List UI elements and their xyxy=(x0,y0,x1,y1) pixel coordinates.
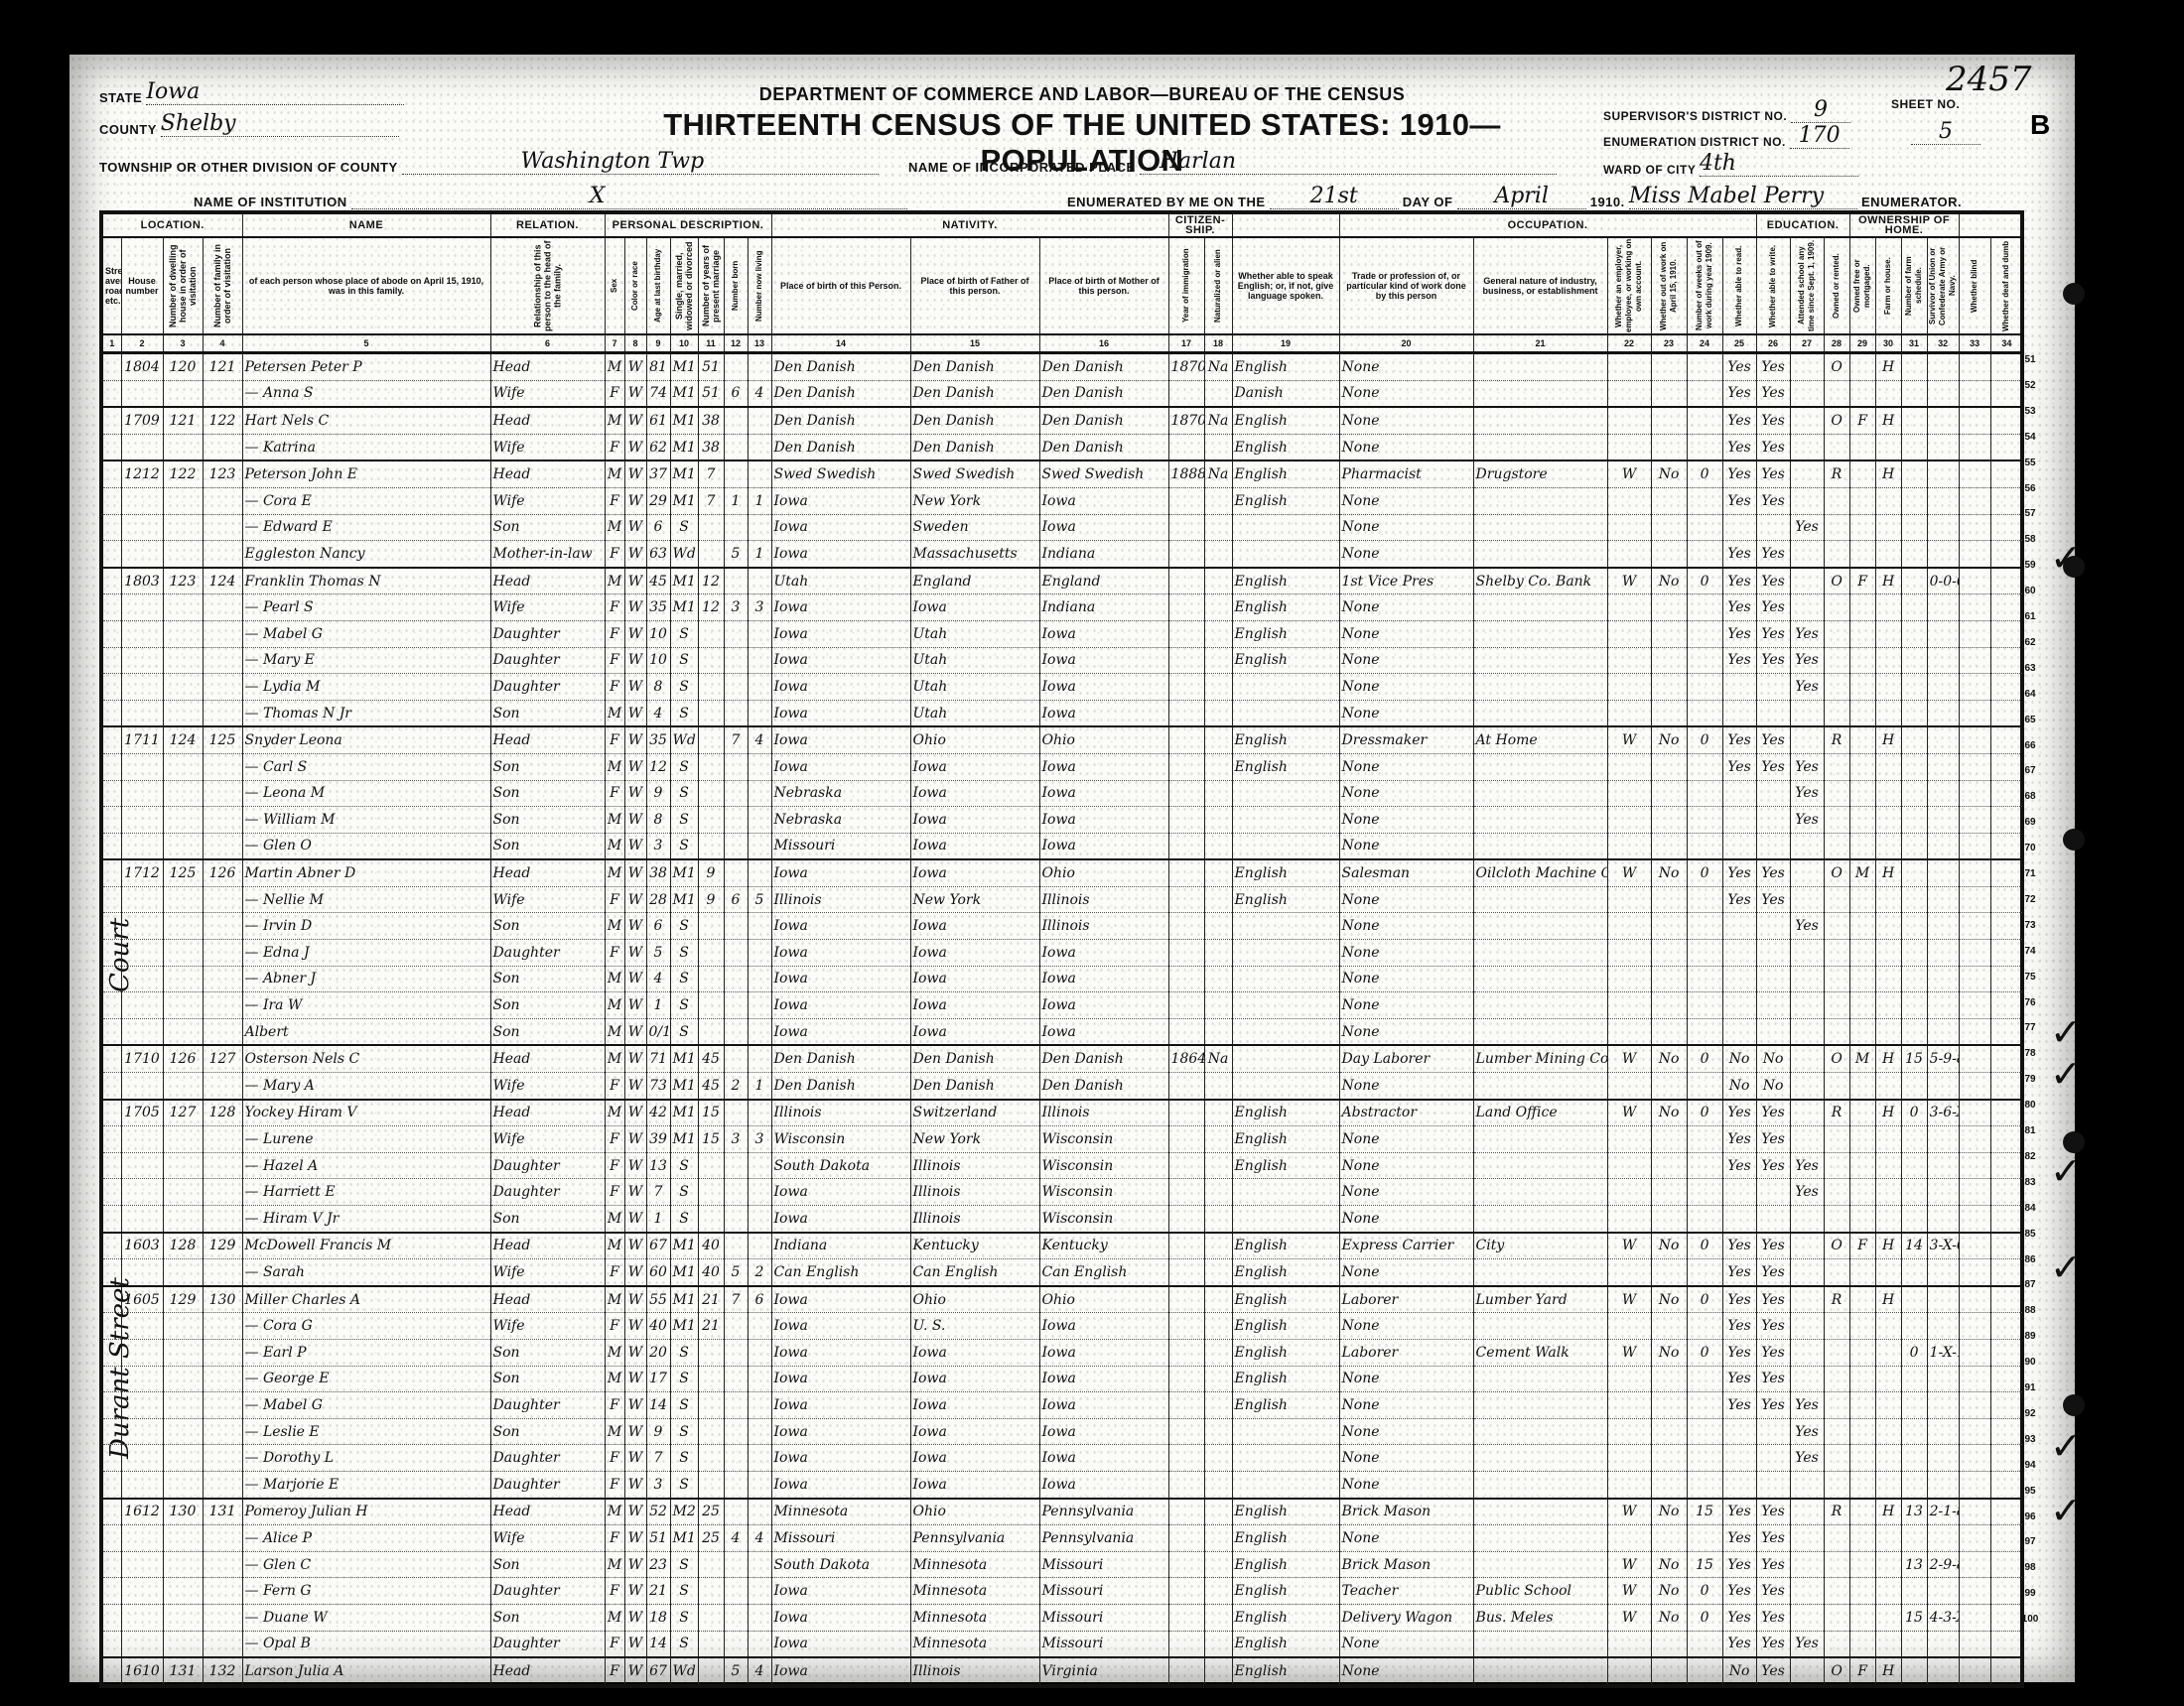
sex: M xyxy=(605,700,624,726)
employment-class: W xyxy=(1607,460,1651,487)
house-number xyxy=(121,833,163,859)
children-born xyxy=(724,1604,748,1631)
birthplace: Iowa xyxy=(771,1578,910,1605)
years-married: 25 xyxy=(698,1499,724,1525)
table-row: — Abner JSonMW4SIowaIowaIowaNone xyxy=(101,966,2022,992)
farm-schedule xyxy=(1901,1631,1927,1657)
house-number xyxy=(121,1631,163,1657)
dwelling-number xyxy=(163,807,203,834)
mother-birthplace: Swed Swedish xyxy=(1039,460,1168,487)
birthplace: Swed Swedish xyxy=(771,460,910,487)
race: W xyxy=(624,992,646,1019)
farm-schedule xyxy=(1901,647,1927,674)
employment-class xyxy=(1607,1073,1651,1100)
line-number: 72 xyxy=(2015,894,2045,905)
marital-status: S xyxy=(670,1206,698,1233)
weeks-unemployed: 0 xyxy=(1687,859,1722,886)
birthplace: Den Danish xyxy=(771,380,910,407)
immigration-year xyxy=(1168,1525,1204,1552)
can-read xyxy=(1722,1471,1756,1498)
children-born xyxy=(724,674,748,701)
naturalization xyxy=(1204,1551,1232,1578)
family-number xyxy=(203,780,242,807)
immigration-year xyxy=(1168,620,1204,647)
veteran-extra: 0-0-0-X xyxy=(1927,568,1959,594)
marital-status: M1 xyxy=(670,1126,698,1153)
employment-class xyxy=(1607,1366,1651,1392)
owned-rented xyxy=(1824,992,1849,1019)
farm-house: H xyxy=(1875,1100,1901,1126)
mother-birthplace: Iowa xyxy=(1039,487,1168,514)
farm-house xyxy=(1875,620,1901,647)
empty-cell xyxy=(1990,1657,2022,1686)
race: W xyxy=(624,674,646,701)
occupation-industry xyxy=(1473,1551,1607,1578)
veteran-extra xyxy=(1927,460,1959,487)
can-read: Yes xyxy=(1722,1525,1756,1552)
veteran-extra xyxy=(1927,434,1959,460)
father-birthplace: Illinois xyxy=(910,1657,1039,1686)
father-birthplace: Can English xyxy=(910,1259,1039,1286)
years-married xyxy=(698,700,724,726)
weeks-unemployed xyxy=(1687,966,1722,992)
family-number xyxy=(203,753,242,780)
dwelling-number xyxy=(163,1631,203,1657)
father-birthplace: Utah xyxy=(910,674,1039,701)
group-language xyxy=(1232,212,1339,237)
marital-status: S xyxy=(670,1339,698,1366)
employment-class xyxy=(1607,1445,1651,1472)
owned-rented xyxy=(1824,1604,1849,1631)
free-mortgaged xyxy=(1849,780,1875,807)
table-row: — Fern GDaughterFW21SIowaMinnesotaMissou… xyxy=(101,1578,2022,1605)
owned-rented xyxy=(1824,1339,1849,1366)
house-number xyxy=(121,1604,163,1631)
immigration-year xyxy=(1168,1499,1204,1525)
line-number: 99 xyxy=(2015,1588,2045,1599)
out-of-work xyxy=(1651,1126,1687,1153)
weeks-unemployed xyxy=(1687,1152,1722,1179)
marital-status: S xyxy=(670,620,698,647)
supervisor-district-value: 9 xyxy=(1791,97,1850,123)
table-row: — Hazel ADaughterFW13SSouth DakotaIllino… xyxy=(101,1152,2022,1179)
mother-birthplace: Ohio xyxy=(1039,726,1168,753)
occupation-trade: None xyxy=(1339,1418,1473,1445)
can-read: Yes xyxy=(1722,647,1756,674)
census-table: LOCATION. NAME RELATION. PERSONAL DESCRI… xyxy=(99,210,2024,1688)
weeks-unemployed xyxy=(1687,1392,1722,1419)
occupation-trade: None xyxy=(1339,1631,1473,1657)
naturalization xyxy=(1204,1126,1232,1153)
family-number xyxy=(203,966,242,992)
occupation-trade: None xyxy=(1339,1525,1473,1552)
veteran-extra xyxy=(1927,620,1959,647)
column-number: 20 xyxy=(1339,334,1473,353)
mother-birthplace: Illinois xyxy=(1039,1100,1168,1126)
occupation-industry xyxy=(1473,700,1607,726)
dwelling-number: 124 xyxy=(163,726,203,753)
occupation-industry xyxy=(1473,487,1607,514)
relation: Daughter xyxy=(490,1445,605,1472)
occupation-trade: Brick Mason xyxy=(1339,1551,1473,1578)
children-living xyxy=(748,1366,771,1392)
relation: Son xyxy=(490,1339,605,1366)
table-row: — Glen CSonMW23SSouth DakotaMinnesotaMis… xyxy=(101,1551,2022,1578)
employment-class xyxy=(1607,674,1651,701)
children-living: 2 xyxy=(748,1259,771,1286)
table-row: — Glen OSonMW3SMissouriIowaIowaNone xyxy=(101,833,2022,859)
empty-cell xyxy=(1959,1073,1990,1100)
dwelling-number xyxy=(163,674,203,701)
mother-birthplace: Iowa xyxy=(1039,620,1168,647)
marital-status: M1 xyxy=(670,1100,698,1126)
can-read: Yes xyxy=(1722,1392,1756,1419)
table-row: AlbertSonMW0/12SIowaIowaIowaNone xyxy=(101,1018,2022,1045)
occupation-trade: None xyxy=(1339,1313,1473,1340)
children-born xyxy=(724,1471,748,1498)
years-married: 12 xyxy=(698,594,724,621)
employment-class xyxy=(1607,647,1651,674)
farm-schedule: 15 xyxy=(1901,1045,1927,1072)
sheet-no-value: 5 xyxy=(1911,119,1980,145)
person-name: — Edna J xyxy=(242,940,490,967)
dwelling-number xyxy=(163,594,203,621)
veteran-extra: 3-6-X xyxy=(1927,1100,1959,1126)
birthplace: Missouri xyxy=(771,833,910,859)
sex: F xyxy=(605,380,624,407)
empty-cell xyxy=(101,1392,121,1419)
free-mortgaged xyxy=(1849,594,1875,621)
naturalization xyxy=(1204,966,1232,992)
empty-cell xyxy=(101,1525,121,1552)
free-mortgaged xyxy=(1849,966,1875,992)
empty-cell xyxy=(1959,1179,1990,1206)
owned-rented: R xyxy=(1824,1286,1849,1313)
column-header-row: Street, avenue, road, etc.House numberNu… xyxy=(101,237,2022,334)
occupation-trade: None xyxy=(1339,1126,1473,1153)
can-read: Yes xyxy=(1722,620,1756,647)
sex: M xyxy=(605,807,624,834)
years-married xyxy=(698,1445,724,1472)
farm-schedule xyxy=(1901,886,1927,913)
years-married: 40 xyxy=(698,1233,724,1259)
table-row: — Leslie ESonMW9SIowaIowaIowaNoneYes xyxy=(101,1418,2022,1445)
age: 1 xyxy=(646,1206,670,1233)
house-number xyxy=(121,1445,163,1472)
empty-cell xyxy=(101,753,121,780)
owned-rented xyxy=(1824,541,1849,568)
column-header: Number of family in order of visitation xyxy=(203,237,242,334)
occupation-industry xyxy=(1473,1073,1607,1100)
tally-check-icon: ✓ xyxy=(2050,1149,2082,1193)
table-row: — KatrinaWifeFW62M138Den DanishDen Danis… xyxy=(101,434,2022,460)
table-row: 1712125126Martin Abner DHeadMW38M19IowaI… xyxy=(101,859,2022,886)
empty-cell xyxy=(101,460,121,487)
mother-birthplace: Iowa xyxy=(1039,1018,1168,1045)
family-number xyxy=(203,1366,242,1392)
family-number xyxy=(203,1604,242,1631)
column-number: 12 xyxy=(724,334,748,353)
can-write: Yes xyxy=(1756,647,1790,674)
out-of-work xyxy=(1651,1445,1687,1472)
children-living xyxy=(748,1418,771,1445)
occupation-trade: None xyxy=(1339,913,1473,940)
naturalization xyxy=(1204,1392,1232,1419)
children-living xyxy=(748,753,771,780)
family-number: 124 xyxy=(203,568,242,594)
owned-rented: O xyxy=(1824,407,1849,434)
marital-status: S xyxy=(670,1551,698,1578)
age: 55 xyxy=(646,1286,670,1313)
birthplace: Iowa xyxy=(771,1286,910,1313)
farm-house: H xyxy=(1875,1657,1901,1686)
children-living: 4 xyxy=(748,1657,771,1686)
empty-cell xyxy=(1959,1657,1990,1686)
father-birthplace: England xyxy=(910,568,1039,594)
weeks-unemployed: 0 xyxy=(1687,1604,1722,1631)
employment-class xyxy=(1607,1313,1651,1340)
family-number xyxy=(203,594,242,621)
house-number xyxy=(121,674,163,701)
attended-school xyxy=(1790,487,1824,514)
can-read xyxy=(1722,1179,1756,1206)
children-born: 5 xyxy=(724,541,748,568)
children-living xyxy=(748,1445,771,1472)
sex: F xyxy=(605,1525,624,1552)
race: W xyxy=(624,1100,646,1126)
farm-house xyxy=(1875,992,1901,1019)
age: 63 xyxy=(646,541,670,568)
children-living xyxy=(748,568,771,594)
children-living xyxy=(748,940,771,967)
mother-birthplace: Virginia xyxy=(1039,1657,1168,1686)
years-married xyxy=(698,992,724,1019)
father-birthplace: Pennsylvania xyxy=(910,1525,1039,1552)
naturalization xyxy=(1204,886,1232,913)
naturalization xyxy=(1204,1100,1232,1126)
years-married xyxy=(698,620,724,647)
relation: Son xyxy=(490,780,605,807)
weeks-unemployed xyxy=(1687,1126,1722,1153)
empty-cell xyxy=(1959,1418,1990,1445)
years-married xyxy=(698,1179,724,1206)
race: W xyxy=(624,1366,646,1392)
owned-rented xyxy=(1824,1525,1849,1552)
occupation-trade: None xyxy=(1339,1179,1473,1206)
out-of-work xyxy=(1651,1392,1687,1419)
table-row: 1711124125Snyder LeonaHeadFW35Wd74IowaOh… xyxy=(101,726,2022,753)
mother-birthplace: Iowa xyxy=(1039,992,1168,1019)
father-birthplace: Iowa xyxy=(910,1445,1039,1472)
race: W xyxy=(624,780,646,807)
weeks-unemployed: 15 xyxy=(1687,1551,1722,1578)
empty-cell xyxy=(101,1179,121,1206)
person-name: — Irvin D xyxy=(242,913,490,940)
empty-cell xyxy=(1959,992,1990,1019)
naturalization xyxy=(1204,700,1232,726)
age: 6 xyxy=(646,514,670,541)
owned-rented xyxy=(1824,674,1849,701)
race: W xyxy=(624,886,646,913)
person-name: — George E xyxy=(242,1366,490,1392)
empty-cell xyxy=(101,434,121,460)
employment-class: W xyxy=(1607,1499,1651,1525)
can-write xyxy=(1756,833,1790,859)
out-of-work xyxy=(1651,1525,1687,1552)
immigration-year xyxy=(1168,380,1204,407)
mother-birthplace: Pennsylvania xyxy=(1039,1525,1168,1552)
free-mortgaged xyxy=(1849,1631,1875,1657)
can-write: Yes xyxy=(1756,1259,1790,1286)
column-header: Whether able to read. xyxy=(1722,237,1756,334)
can-write xyxy=(1756,780,1790,807)
tally-check-icon: ✓ xyxy=(2050,1010,2082,1054)
race: W xyxy=(624,434,646,460)
farm-house xyxy=(1875,807,1901,834)
dwelling-number: 122 xyxy=(163,460,203,487)
column-number: 16 xyxy=(1039,334,1168,353)
person-name: — Mabel G xyxy=(242,620,490,647)
empty-cell xyxy=(101,913,121,940)
immigration-year xyxy=(1168,940,1204,967)
birthplace: Missouri xyxy=(771,1525,910,1552)
attended-school xyxy=(1790,1100,1824,1126)
can-write: Yes xyxy=(1756,1604,1790,1631)
family-number xyxy=(203,1018,242,1045)
marital-status: S xyxy=(670,514,698,541)
employment-class xyxy=(1607,594,1651,621)
dwelling-number xyxy=(163,541,203,568)
family-number xyxy=(203,1578,242,1605)
marital-status: M1 xyxy=(670,460,698,487)
can-read: No xyxy=(1722,1657,1756,1686)
line-number: 76 xyxy=(2015,997,2045,1008)
mother-birthplace: Iowa xyxy=(1039,1339,1168,1366)
mother-birthplace: Missouri xyxy=(1039,1604,1168,1631)
owned-rented xyxy=(1824,1366,1849,1392)
empty-cell xyxy=(1959,1366,1990,1392)
person-name: — Fern G xyxy=(242,1578,490,1605)
house-number xyxy=(121,780,163,807)
weeks-unemployed xyxy=(1687,620,1722,647)
employment-class xyxy=(1607,487,1651,514)
farm-house xyxy=(1875,1578,1901,1605)
age: 7 xyxy=(646,1445,670,1472)
children-born xyxy=(724,1152,748,1179)
out-of-work: No xyxy=(1651,568,1687,594)
years-married xyxy=(698,913,724,940)
immigration-year xyxy=(1168,886,1204,913)
age: 12 xyxy=(646,753,670,780)
dwelling-number xyxy=(163,1551,203,1578)
relation: Daughter xyxy=(490,1471,605,1498)
marital-status: S xyxy=(670,992,698,1019)
marital-status: M2 xyxy=(670,1499,698,1525)
attended-school xyxy=(1790,700,1824,726)
naturalization xyxy=(1204,594,1232,621)
race: W xyxy=(624,753,646,780)
out-of-work xyxy=(1651,833,1687,859)
column-number: 33 xyxy=(1959,334,1990,353)
mother-birthplace: England xyxy=(1039,568,1168,594)
language: English xyxy=(1232,407,1339,434)
occupation-trade: Laborer xyxy=(1339,1339,1473,1366)
empty-cell xyxy=(1959,1392,1990,1419)
column-header: Place of birth of Mother of this person. xyxy=(1039,237,1168,334)
column-header: Place of birth of this Person. xyxy=(771,237,910,334)
line-number: 71 xyxy=(2015,868,2045,879)
mother-birthplace: Den Danish xyxy=(1039,434,1168,460)
children-born xyxy=(724,807,748,834)
column-number: 17 xyxy=(1168,334,1204,353)
table-row: — Harriett EDaughterFW7SIowaIllinoisWisc… xyxy=(101,1179,2022,1206)
age: 10 xyxy=(646,620,670,647)
marital-status: Wd xyxy=(670,726,698,753)
column-number: 10 xyxy=(670,334,698,353)
can-write: Yes xyxy=(1756,541,1790,568)
table-row: — Opal BDaughterFW14SIowaMinnesotaMissou… xyxy=(101,1631,2022,1657)
veteran-extra xyxy=(1927,700,1959,726)
years-married xyxy=(698,674,724,701)
line-number: 70 xyxy=(2015,843,2045,853)
children-born: 6 xyxy=(724,380,748,407)
empty-cell xyxy=(101,514,121,541)
can-write xyxy=(1756,1445,1790,1472)
can-read: Yes xyxy=(1722,380,1756,407)
family-number: 131 xyxy=(203,1499,242,1525)
farm-schedule xyxy=(1901,726,1927,753)
age: 0/12 xyxy=(646,1018,670,1045)
can-write: Yes xyxy=(1756,1286,1790,1313)
person-name: Martin Abner D xyxy=(242,859,490,886)
dwelling-number: 121 xyxy=(163,407,203,434)
relation: Son xyxy=(490,514,605,541)
sex: F xyxy=(605,1471,624,1498)
farm-house xyxy=(1875,1551,1901,1578)
sex: F xyxy=(605,487,624,514)
farm-house xyxy=(1875,1445,1901,1472)
race: W xyxy=(624,1445,646,1472)
occupation-industry xyxy=(1473,647,1607,674)
can-write xyxy=(1756,1206,1790,1233)
weeks-unemployed xyxy=(1687,674,1722,701)
years-married: 9 xyxy=(698,886,724,913)
punch-hole-icon xyxy=(2063,283,2085,305)
can-write: Yes xyxy=(1756,487,1790,514)
weeks-unemployed xyxy=(1687,407,1722,434)
age: 20 xyxy=(646,1339,670,1366)
column-number: 5 xyxy=(242,334,490,353)
family-number xyxy=(203,1392,242,1419)
age: 38 xyxy=(646,859,670,886)
veteran-extra xyxy=(1927,487,1959,514)
veteran-extra xyxy=(1927,1018,1959,1045)
veteran-extra xyxy=(1927,594,1959,621)
column-number: 15 xyxy=(910,334,1039,353)
relation: Head xyxy=(490,1286,605,1313)
attended-school: Yes xyxy=(1790,1445,1824,1472)
house-number: 1803 xyxy=(121,568,163,594)
can-read: No xyxy=(1722,1073,1756,1100)
dwelling-number xyxy=(163,753,203,780)
children-living xyxy=(748,1339,771,1366)
enumerated-field: Enumerated by me on the 21st day of Apri… xyxy=(1067,184,1962,209)
mother-birthplace: Den Danish xyxy=(1039,1073,1168,1100)
age: 5 xyxy=(646,940,670,967)
farm-house xyxy=(1875,1206,1901,1233)
years-married xyxy=(698,1631,724,1657)
occupation-industry xyxy=(1473,380,1607,407)
